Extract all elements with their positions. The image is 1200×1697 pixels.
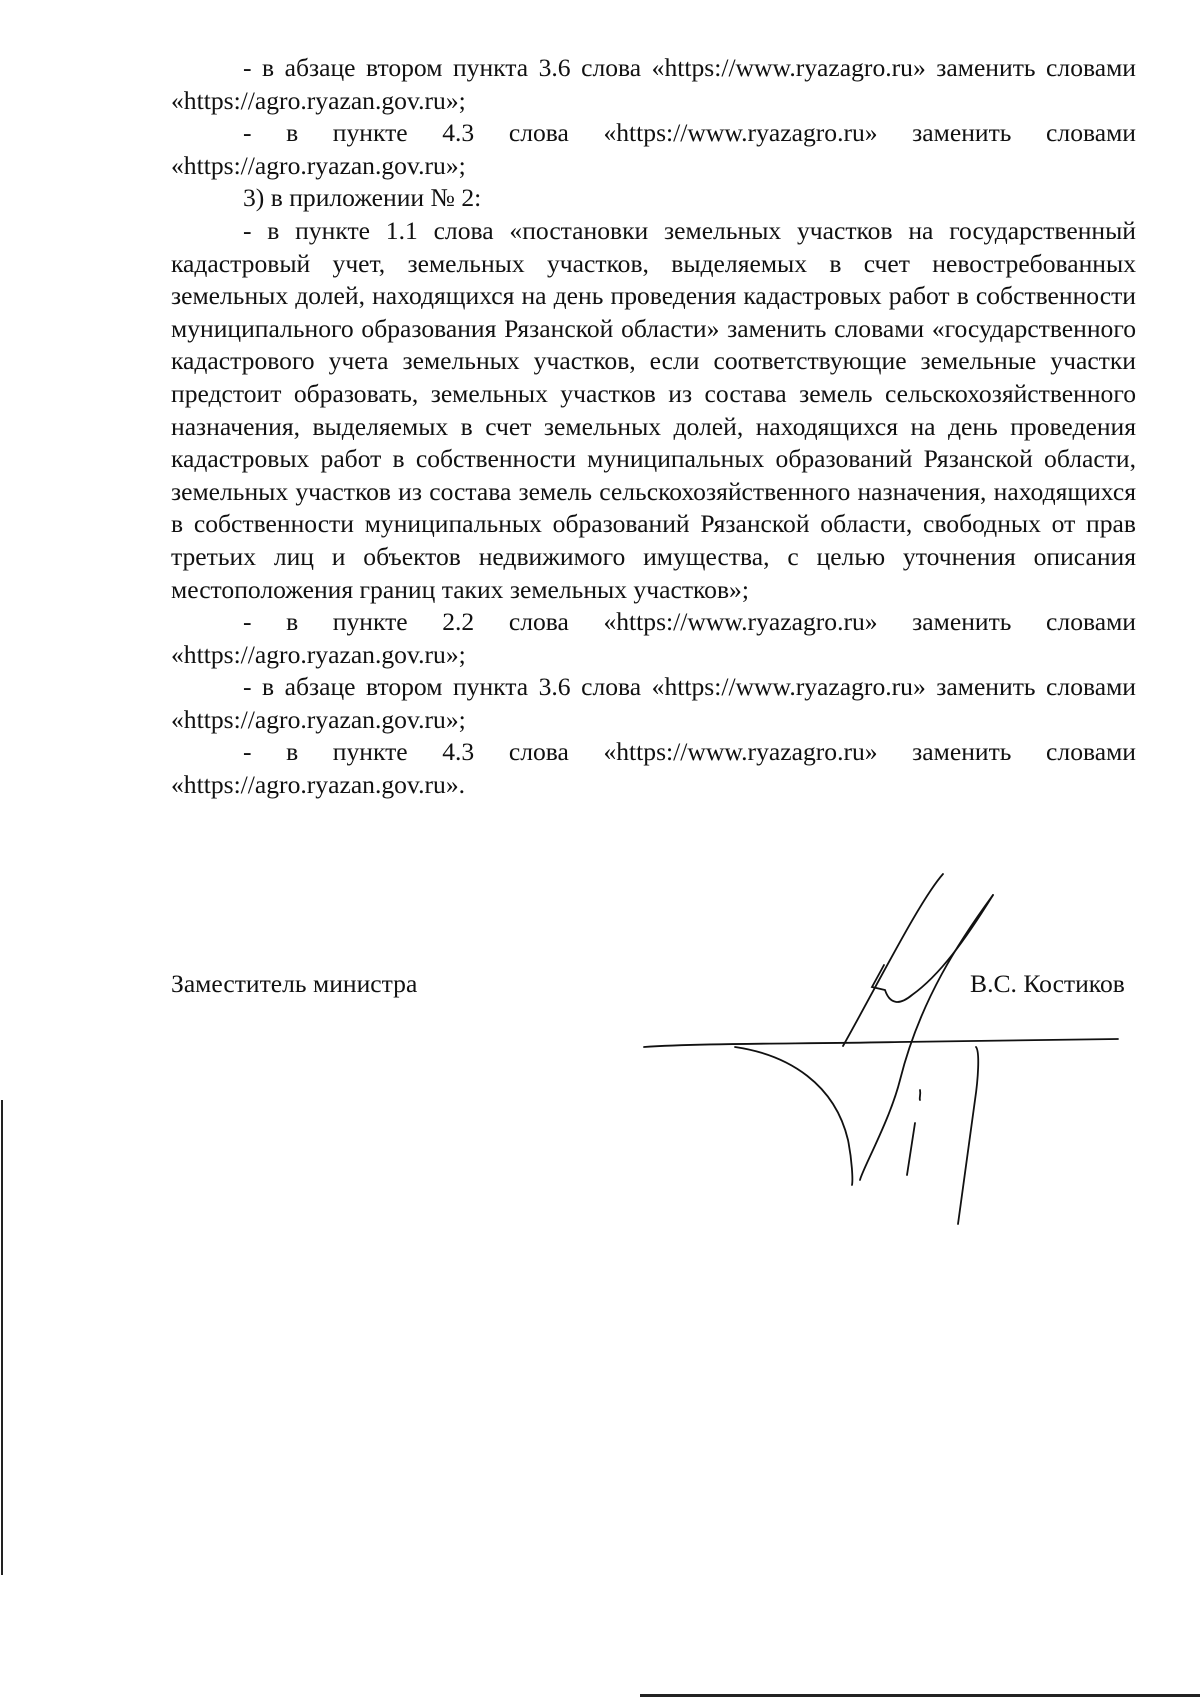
paragraph-appendix-2-heading: 3) в приложении № 2: (171, 182, 1136, 215)
paragraph-amend-2-2: - в пункте 2.2 слова «https://www.ryazag… (171, 606, 1136, 671)
signatory-name: В.С. Костиков (970, 968, 1125, 1000)
paragraph-amend-4-3-second: - в пункте 4.3 слова «https://www.ryazag… (171, 736, 1136, 801)
paragraph-amend-3-6-second: - в абзаце втором пункта 3.6 слова «http… (171, 671, 1136, 736)
paragraph-amend-4-3-first: - в пункте 4.3 слова «https://www.ryazag… (171, 117, 1136, 182)
paragraph-amend-3-6-first: - в абзаце втором пункта 3.6 слова «http… (171, 52, 1136, 117)
signatory-position: Заместитель министра (171, 968, 417, 1000)
document-body: - в абзаце втором пункта 3.6 слова «http… (171, 52, 1136, 802)
document-page: - в абзаце втором пункта 3.6 слова «http… (0, 0, 1200, 1697)
scan-edge-left (1, 1100, 3, 1575)
paragraph-amend-1-1: - в пункте 1.1 слова «постановки земельн… (171, 215, 1136, 606)
